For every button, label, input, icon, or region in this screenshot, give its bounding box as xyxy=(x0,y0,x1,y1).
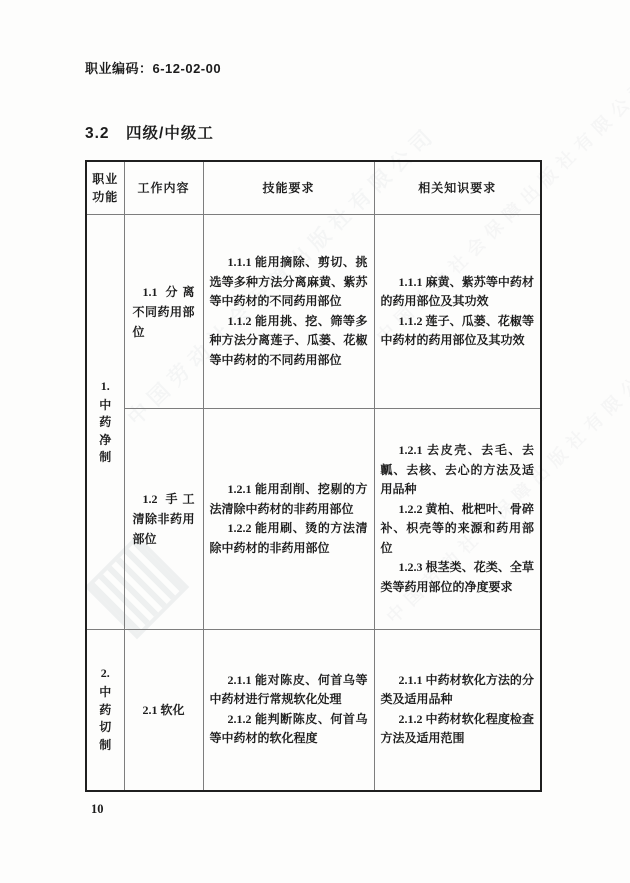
work-content-text: 1.1 分离不同药用部位 xyxy=(133,282,195,342)
knowledge-requirements-cell: 2.1.1 中药材软化方法的分类及适用品种 2.1.2 中药材软化程度检查方法及… xyxy=(374,630,541,791)
skill-requirements-cell: 1.1.1 能用摘除、剪切、挑选等多种方法分离麻黄、紫苏等中药材的不同药用部位 … xyxy=(203,215,374,409)
knowledge-item: 2.1.1 中药材软化方法的分类及适用品种 xyxy=(381,671,535,710)
knowledge-requirements-cell: 1.2.1 去皮壳、去毛、去瓤、去核、去心的方法及适用品种 1.2.2 黄柏、枇… xyxy=(374,409,541,630)
header-skill-requirements: 技能要求 xyxy=(203,161,374,215)
function-cell-medicine-cleaning: 1. 中药净制 xyxy=(86,215,124,630)
work-content-cell: 2.1 软化 xyxy=(124,630,203,791)
skill-standard-table: 职业功能 工作内容 技能要求 相关知识要求 1. 中药净制 1.1 分离不同药用… xyxy=(85,160,542,792)
function-name: 中药净制 xyxy=(99,397,112,467)
skill-item: 1.2.2 能用刷、烫的方法清除中药材的非药用部位 xyxy=(210,519,368,558)
work-content-text: 2.1 软化 xyxy=(133,700,195,720)
table-row: 1. 中药净制 1.1 分离不同药用部位 1.1.1 能用摘除、剪切、挑选等多种… xyxy=(86,215,541,409)
function-number: 1. xyxy=(88,378,123,395)
function-name: 中药切制 xyxy=(99,684,112,754)
work-content-cell: 1.1 分离不同药用部位 xyxy=(124,215,203,409)
skill-item: 2.1.1 能对陈皮、何首乌等中药材进行常规软化处理 xyxy=(210,671,368,710)
skill-requirements-cell: 1.2.1 能用刮削、挖剔的方法清除中药材的非药用部位 1.2.2 能用刷、烫的… xyxy=(203,409,374,630)
knowledge-item: 2.1.2 中药材软化程度检查方法及适用范围 xyxy=(381,710,535,749)
occupation-code: 职业编码：6-12-02-00 xyxy=(85,58,221,77)
knowledge-item: 1.2.1 去皮壳、去毛、去瓤、去核、去心的方法及适用品种 xyxy=(381,441,535,500)
table-row: 2. 中药切制 2.1 软化 2.1.1 能对陈皮、何首乌等中药材进行常规软化处… xyxy=(86,630,541,791)
header-work-content: 工作内容 xyxy=(124,161,203,215)
knowledge-item: 1.2.2 黄柏、枇杷叶、骨碎补、枳壳等的来源和药用部位 xyxy=(381,500,535,559)
skill-item: 1.2.1 能用刮削、挖剔的方法清除中药材的非药用部位 xyxy=(210,480,368,519)
skill-item: 1.1.2 能用挑、挖、筛等多种方法分离莲子、瓜蒌、花椒等中药材的不同药用部位 xyxy=(210,312,368,371)
work-content-cell: 1.2 手工清除非药用部位 xyxy=(124,409,203,630)
header-occupational-function: 职业功能 xyxy=(86,161,124,215)
skill-item: 1.1.1 能用摘除、剪切、挑选等多种方法分离麻黄、紫苏等中药材的不同药用部位 xyxy=(210,253,368,312)
knowledge-item: 1.1.1 麻黄、紫苏等中药材的药用部位及其功效 xyxy=(381,273,535,312)
knowledge-requirements-cell: 1.1.1 麻黄、紫苏等中药材的药用部位及其功效 1.1.2 莲子、瓜蒌、花椒等… xyxy=(374,215,541,409)
skill-requirements-cell: 2.1.1 能对陈皮、何首乌等中药材进行常规软化处理 2.1.2 能判断陈皮、何… xyxy=(203,630,374,791)
table-row: 1.2 手工清除非药用部位 1.2.1 能用刮削、挖剔的方法清除中药材的非药用部… xyxy=(86,409,541,630)
table-header-row: 职业功能 工作内容 技能要求 相关知识要求 xyxy=(86,161,541,215)
knowledge-item: 1.1.2 莲子、瓜蒌、花椒等中药材的药用部位及其功效 xyxy=(381,312,535,351)
work-content-text: 1.2 手工清除非药用部位 xyxy=(133,489,195,549)
function-number: 2. xyxy=(88,665,123,682)
document-page: 中国劳动社会保障出版社有限公司 中国劳动社会保障出版社有限公司 中国劳动社会保障… xyxy=(0,0,630,883)
function-cell-medicine-cutting: 2. 中药切制 xyxy=(86,630,124,791)
section-title: 3.2 四级/中级工 xyxy=(85,121,214,143)
knowledge-item: 1.2.3 根茎类、花类、全草类等药用部位的净度要求 xyxy=(381,558,535,597)
skill-item: 2.1.2 能判断陈皮、何首乌等中药材的软化程度 xyxy=(210,710,368,749)
header-knowledge-requirements: 相关知识要求 xyxy=(374,161,541,215)
page-number: 10 xyxy=(91,802,104,817)
